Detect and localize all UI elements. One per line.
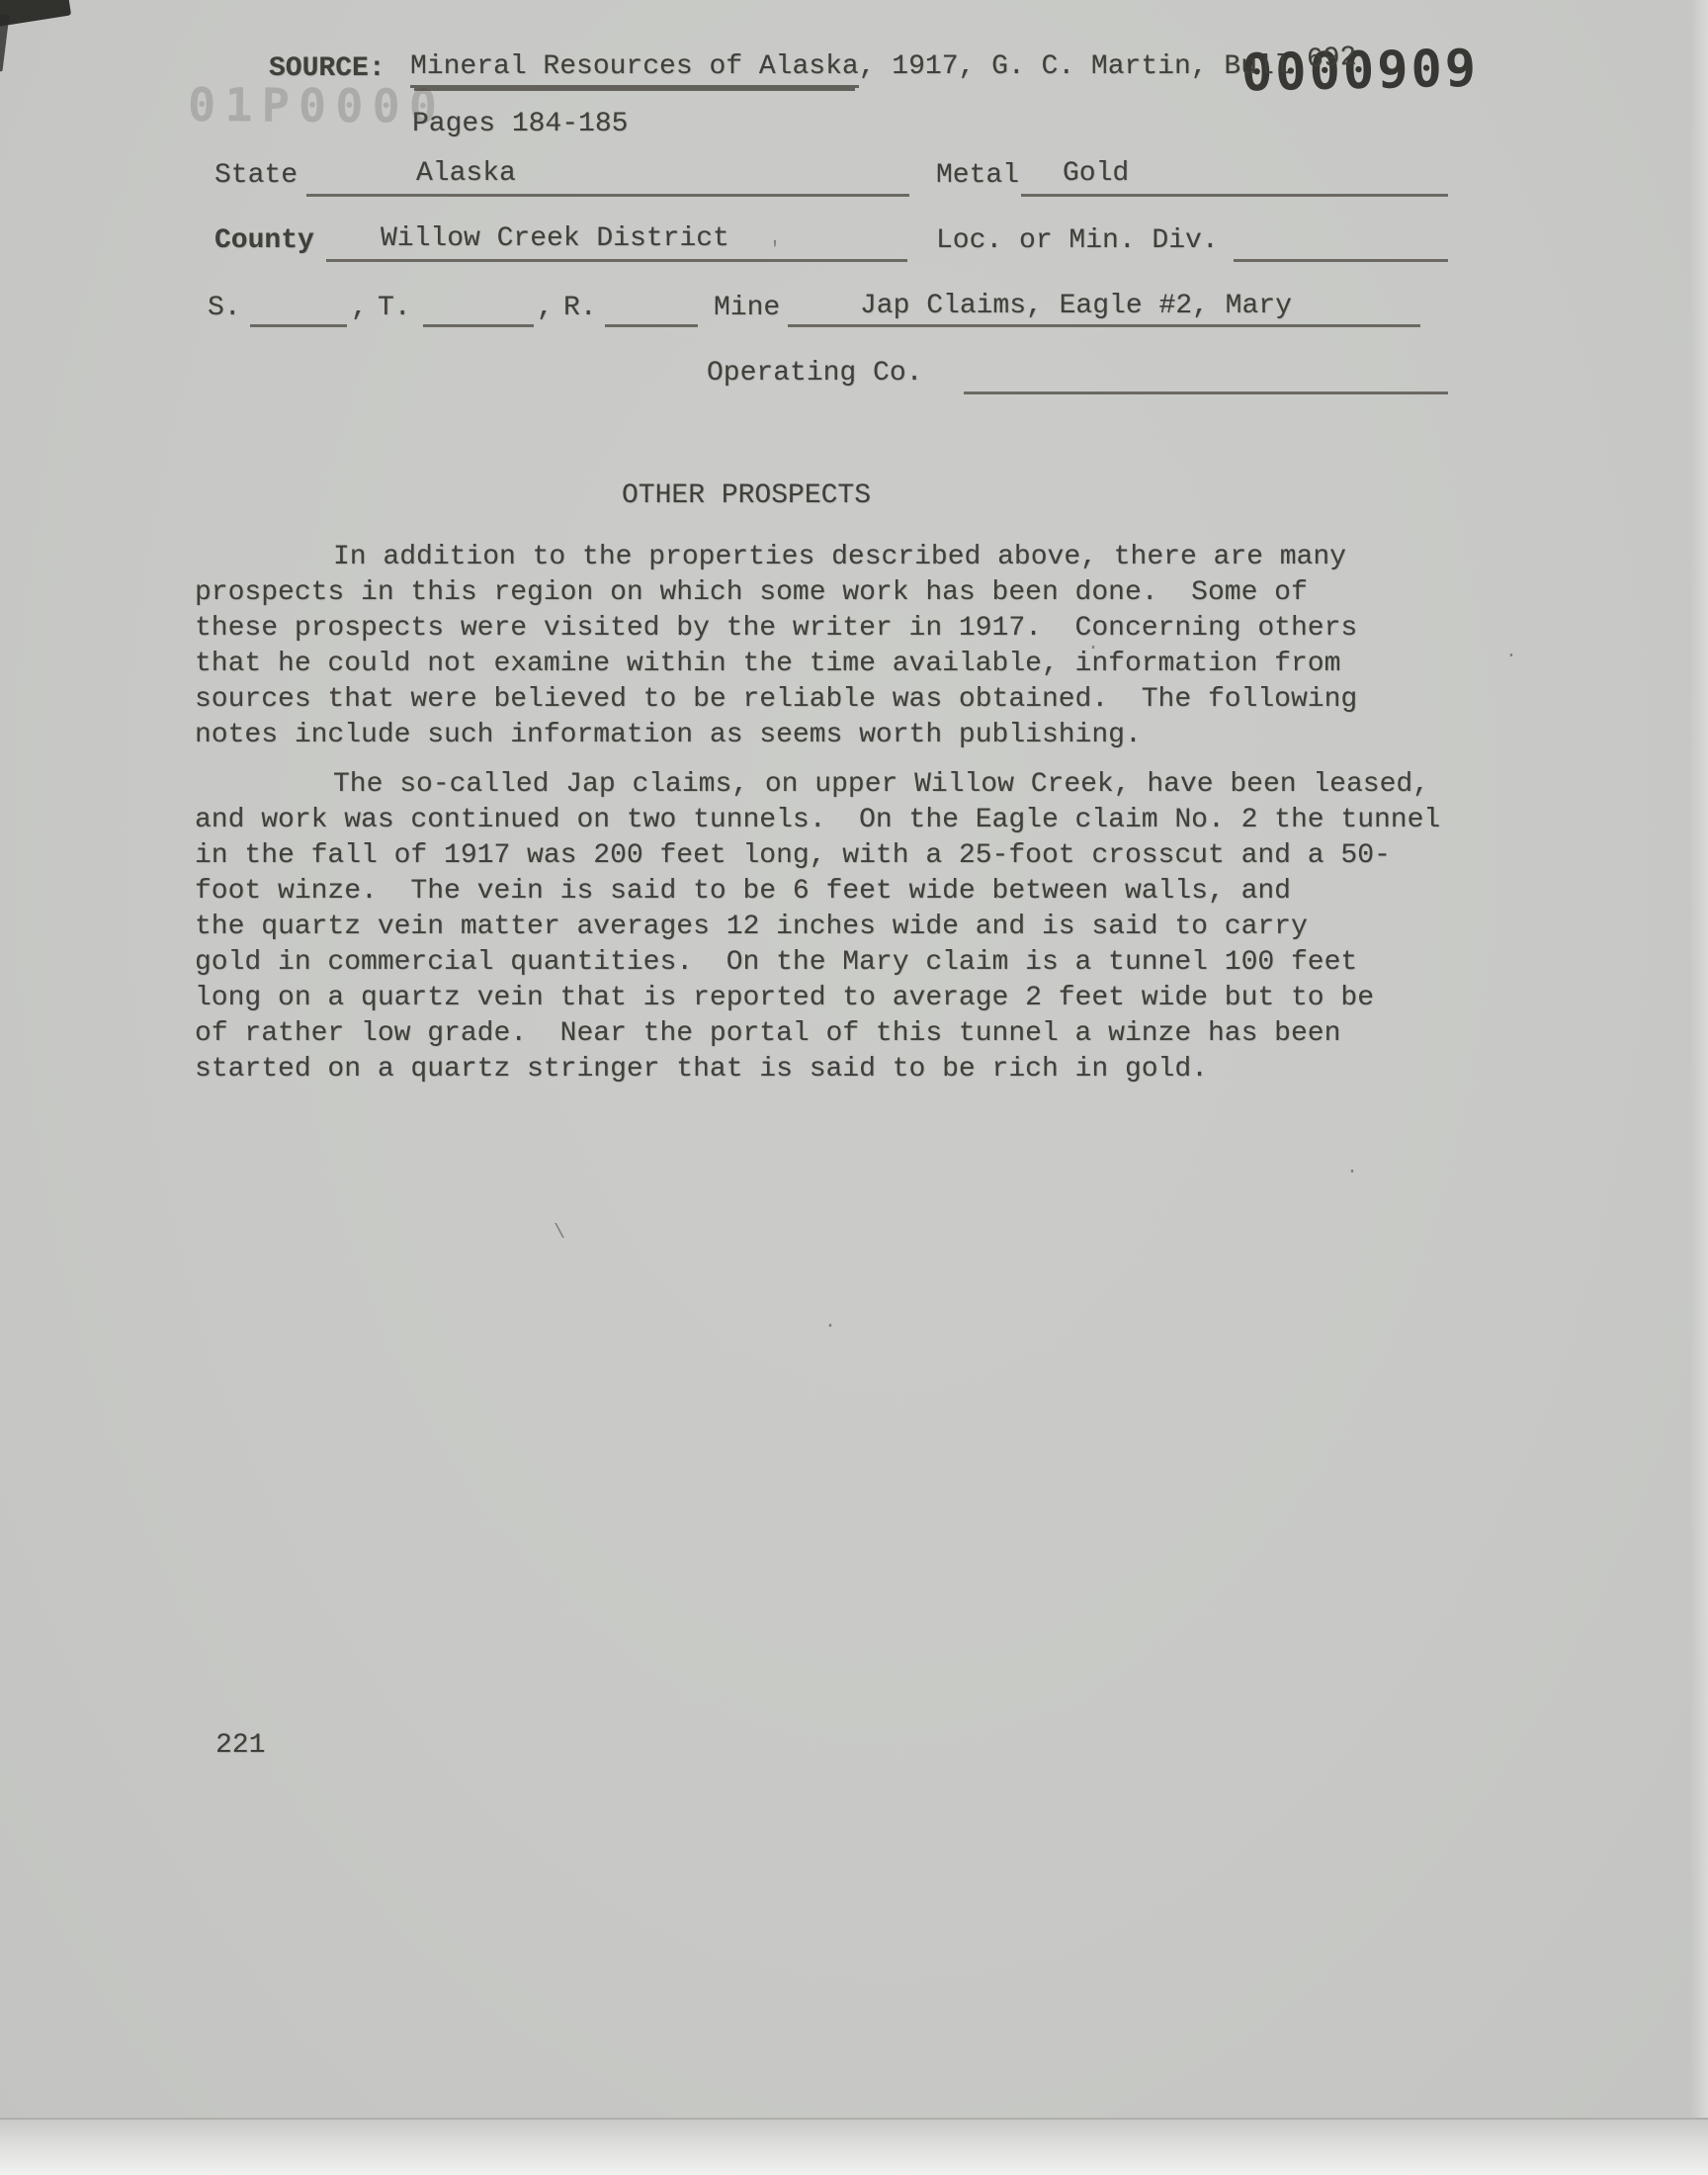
- document-page: 01P0000 0000909 SOURCE: Mineral Resource…: [0, 0, 1708, 2175]
- range-field-line: [605, 289, 698, 327]
- mine-field-line: Jap Claims, Eagle #2, Mary: [788, 289, 1420, 327]
- state-label: State: [214, 158, 298, 194]
- source-value: Mineral Resources of Alaska, 1917, G. C.…: [410, 49, 1357, 85]
- source-pages: Pages 184-185: [412, 107, 628, 142]
- separator-comma: ,: [537, 291, 554, 326]
- scan-corner-artifact: [0, 13, 9, 71]
- scan-speck: \: [554, 1222, 565, 1245]
- page-number: 221: [215, 1728, 265, 1764]
- source-bulletin-number: 692: [1306, 41, 1357, 79]
- county-value: Willow Creek District: [326, 221, 907, 257]
- section-field-line: [250, 289, 347, 327]
- township-field-line: [423, 289, 534, 327]
- state-value: Alaska: [306, 156, 909, 192]
- scan-speck: .: [1505, 641, 1517, 663]
- scan-speck: .: [824, 1311, 836, 1334]
- loc-or-min-div-label: Loc. or Min. Div.: [936, 223, 1219, 259]
- range-label: R.: [563, 291, 597, 326]
- scan-page-bottom-edge: [0, 2118, 1708, 2175]
- scan-speck: .: [1346, 1157, 1358, 1179]
- body-paragraph-1: In addition to the properties described …: [195, 540, 1480, 753]
- separator-comma: ,: [351, 291, 368, 326]
- source-book-title: Mineral Resources of Alaska: [410, 51, 859, 88]
- metal-field-line: Gold: [1021, 156, 1448, 197]
- scan-corner-artifact: [0, 0, 71, 28]
- county-field-line: Willow Creek District: [326, 221, 907, 262]
- mine-value: Jap Claims, Eagle #2, Mary: [788, 289, 1420, 324]
- operating-co-field-line: [964, 354, 1448, 394]
- scan-speck: ': [769, 239, 781, 262]
- mine-label: Mine: [714, 291, 780, 326]
- source-label: SOURCE:: [269, 51, 385, 87]
- loc-or-min-div-field-line: [1234, 221, 1448, 262]
- metal-value: Gold: [1021, 156, 1448, 192]
- source-citation-rest: , 1917, G. C. Martin, Bull: [859, 51, 1308, 82]
- operating-co-label: Operating Co.: [707, 356, 922, 391]
- section-label: S.: [208, 291, 241, 326]
- scan-page-right-edge: [1690, 0, 1708, 2175]
- county-label: County: [214, 223, 314, 259]
- township-label: T.: [378, 291, 411, 326]
- body-paragraph-2: The so-called Jap claims, on upper Willo…: [195, 767, 1480, 1087]
- state-field-line: Alaska: [306, 156, 909, 197]
- scan-speck: .: [1087, 633, 1099, 655]
- section-title: OTHER PROSPECTS: [622, 478, 871, 514]
- metal-label: Metal: [936, 158, 1019, 194]
